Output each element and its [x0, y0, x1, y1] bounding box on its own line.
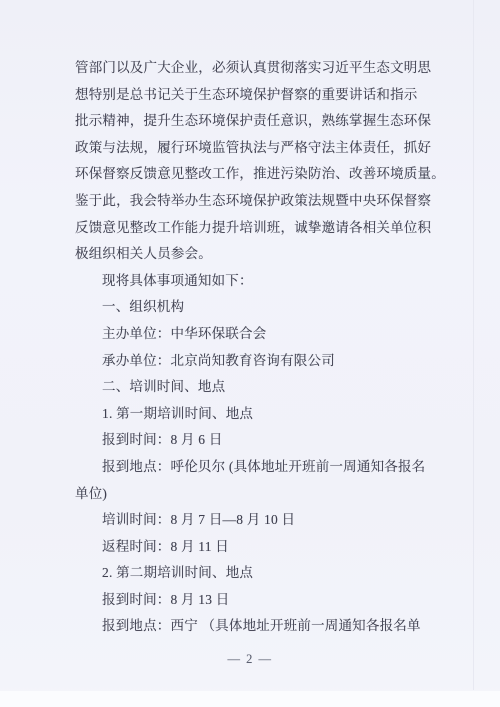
text-line: 承办单位：北京尚知教育咨询有限公司: [75, 348, 431, 375]
text-line: 单位): [75, 481, 431, 508]
section-heading-line: 二、培训时间、地点: [75, 374, 431, 401]
text-line: 现将具体事项通知如下：: [75, 268, 431, 295]
text-line: 环保督察反馈意见整改工作，推进污染防治、改善环境质量。: [75, 161, 431, 188]
text-line: 反馈意见整改工作能力提升培训班，诚挚邀请各相关单位积: [75, 215, 431, 242]
text-line: 政策与法规，履行环境监管执法与严格守法主体责任，抓好: [75, 135, 431, 162]
text-line: 返程时间：8 月 11 日: [75, 534, 431, 561]
text-line: 主办单位：中华环保联合会: [75, 321, 431, 348]
text-line: 鉴于此，我会特举办生态环境保护政策法规暨中央环保督察: [75, 188, 431, 215]
text-line: 培训时间：8 月 7 日—8 月 10 日: [75, 507, 431, 534]
section-heading-line: 一、组织机构: [75, 294, 431, 321]
text-line: 报到地点：呼伦贝尔 (具体地址开班前一周通知各报名: [75, 454, 431, 481]
text-line: 1. 第一期培训时间、地点: [75, 401, 431, 428]
paper-bottom-edge: [0, 691, 500, 707]
text-line: 2. 第二期培训时间、地点: [75, 560, 431, 587]
text-line: 极组织相关人员参会。: [75, 241, 431, 268]
text-line: 批示精神，提升生态环境保护责任意识，熟练掌握生态环保: [75, 108, 431, 135]
text-line: 管部门以及广大企业，必须认真贯彻落实习近平生态文明思: [75, 55, 431, 82]
text-line: 报到地点：西宁 （具体地址开班前一周通知各报名单: [75, 613, 431, 640]
scanned-document-page: 管部门以及广大企业，必须认真贯彻落实习近平生态文明思 想特别是总书记关于生态环境…: [0, 0, 500, 707]
page-number: — 2 —: [0, 652, 500, 667]
text-line: 报到时间：8 月 13 日: [75, 587, 431, 614]
text-line: 想特别是总书记关于生态环境保护督察的重要讲话和指示: [75, 82, 431, 109]
text-line: 报到时间：8 月 6 日: [75, 427, 431, 454]
document-body: 管部门以及广大企业，必须认真贯彻落实习近平生态文明思 想特别是总书记关于生态环境…: [75, 55, 431, 640]
scan-fold-line: [473, 0, 474, 690]
